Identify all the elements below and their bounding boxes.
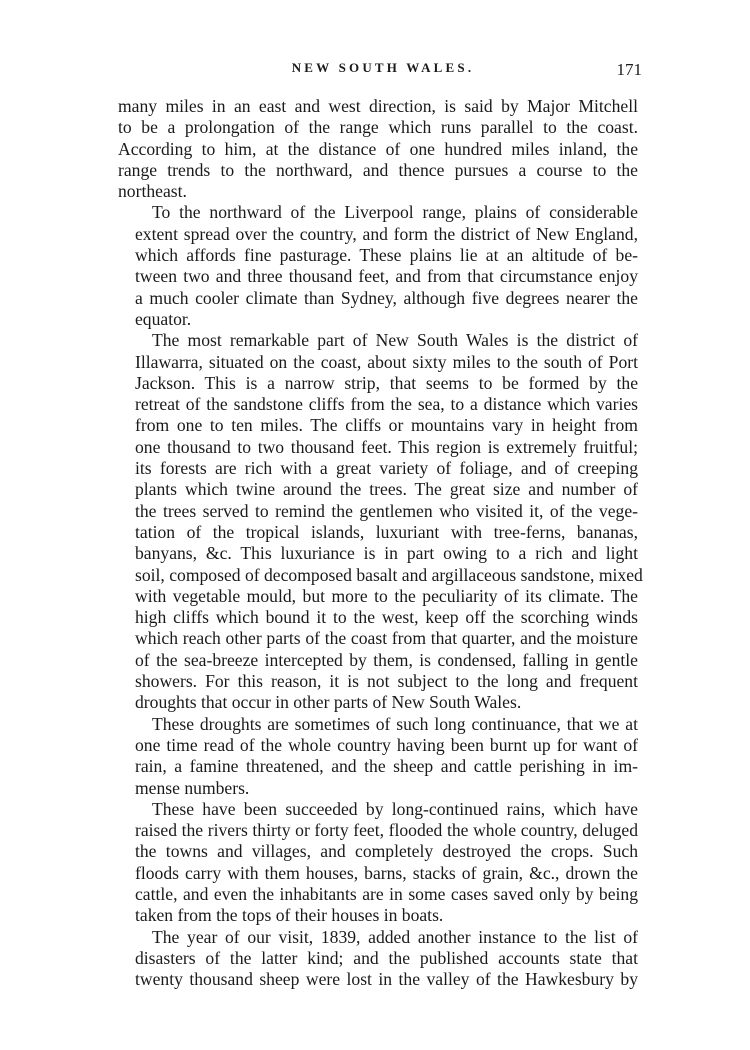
paragraph: many miles in an east and west direction… [118,96,638,202]
text-line: which reach other parts of the coast fro… [118,628,638,649]
text-line: These have been succeeded by long-contin… [118,799,638,820]
text-line: taken from the tops of their houses in b… [118,905,638,926]
text-line: extent spread over the country, and form… [118,224,638,245]
text-line: a much cooler climate than Sydney, altho… [118,288,638,309]
body-text: many miles in an east and west direction… [118,96,638,990]
text-line: with vegetable mould, but more to the pe… [118,586,638,607]
text-line: raised the rivers thirty or forty feet, … [118,820,638,841]
text-line: range trends to the northward, and thenc… [118,160,638,181]
text-line: its forests are rich with a great variet… [118,458,638,479]
text-line: rain, a famine threatened, and the sheep… [118,756,638,777]
paragraph: These have been succeeded by long-contin… [118,799,638,927]
text-line: These droughts are sometimes of such lon… [118,714,638,735]
text-line: showers. For this reason, it is not subj… [118,671,638,692]
text-line: soil, composed of decomposed basalt and … [118,565,638,586]
text-line: the towns and villages, and completely d… [118,841,638,862]
text-line: one time read of the whole country havin… [118,735,638,756]
paragraph: To the northward of the Liverpool range,… [118,202,638,330]
text-line: which affords fine pasturage. These plai… [118,245,638,266]
text-line: twenty thousand sheep were lost in the v… [118,969,638,990]
text-line: to be a prolongation of the range which … [118,117,638,138]
text-line: To the northward of the Liverpool range,… [118,202,638,223]
text-line: droughts that occur in other parts of Ne… [118,692,638,713]
running-head: NEW SOUTH WALES. 171 [118,58,638,82]
text-line: tation of the tropical islands, luxurian… [118,522,638,543]
text-line: banyans, &c. This luxuriance is in part … [118,543,638,564]
text-line: the trees served to remind the gentlemen… [118,501,638,522]
page-number: 171 [617,60,643,80]
text-line: northeast. [118,181,638,202]
text-line: Illawarra, situated on the coast, about … [118,352,638,373]
text-line: mense numbers. [118,778,638,799]
text-line: of the sea-breeze intercepted by them, i… [118,650,638,671]
text-line: disasters of the latter kind; and the pu… [118,948,638,969]
text-line: Jackson. This is a narrow strip, that se… [118,373,638,394]
book-page: NEW SOUTH WALES. 171 many miles in an ea… [0,0,750,1050]
text-line: According to him, at the distance of one… [118,139,638,160]
text-line: The most remarkable part of New South Wa… [118,330,638,351]
text-line: plants which twine around the trees. The… [118,479,638,500]
running-title: NEW SOUTH WALES. [118,60,638,76]
text-line: The year of our visit, 1839, added anoth… [118,927,638,948]
paragraph: The year of our visit, 1839, added anoth… [118,927,638,991]
text-line: high cliffs which bound it to the west, … [118,607,638,628]
text-line: equator. [118,309,638,330]
text-line: many miles in an east and west direction… [118,96,638,117]
text-line: floods carry with them houses, barns, st… [118,863,638,884]
text-line: cattle, and even the inhabitants are in … [118,884,638,905]
text-line: from one to ten miles. The cliffs or mou… [118,415,638,436]
text-line: retreat of the sandstone cliffs from the… [118,394,638,415]
paragraph: The most remarkable part of New South Wa… [118,330,638,713]
text-line: one thousand to two thousand feet. This … [118,437,638,458]
paragraph: These droughts are sometimes of such lon… [118,714,638,799]
text-line: tween two and three thousand feet, and f… [118,266,638,287]
